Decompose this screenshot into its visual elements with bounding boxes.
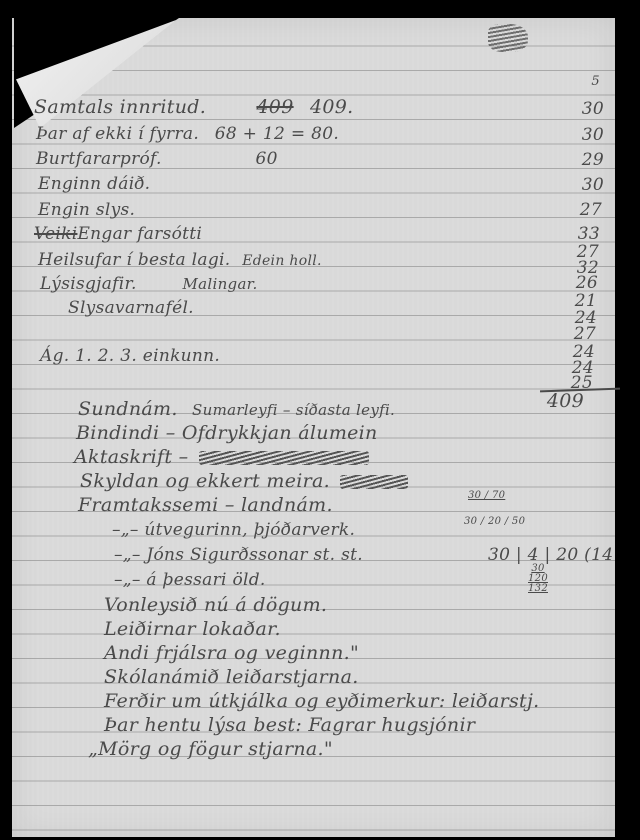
line-note: Sumarleyfi – síðasta leyfi.	[192, 401, 395, 419]
line-text: Enginn dáið.	[38, 174, 150, 194]
line-morg-og-fogur: „Mörg og fögur stjarna."	[88, 738, 333, 760]
line-number: 60	[255, 149, 277, 169]
line-text: Bindindi – Ofdrykkjan álumein	[76, 422, 378, 444]
line-skolanamid: Skólanámið leiðarstjarna.	[104, 666, 359, 688]
fraction-value: 30 / 20 / 50	[464, 516, 525, 527]
line-slysavarnafel: Slysavarnafél.	[68, 298, 194, 318]
line-text: Engar farsótti	[77, 224, 202, 244]
line-thar-hentu: Þar hentu lýsa best: Fagrar hugsjónir	[104, 714, 475, 736]
scratched-out-text	[199, 451, 369, 465]
line-text: –„– Jóns Sigurðssonar st. st.	[114, 545, 363, 565]
line-calc: 68 + 12 = 80.	[215, 124, 339, 144]
numbers-jons: 30 | 4 | 20 (14	[488, 545, 613, 565]
column-value: 30	[560, 125, 604, 145]
line-text: Vonleysið nú á dögum.	[104, 594, 327, 616]
line-engar-farsotti: VeikiEngar farsótti	[34, 224, 202, 244]
line-text: Sundnám.	[78, 398, 178, 420]
fraction-utvegur: 30 / 20 / 50	[464, 516, 525, 527]
line-numbers: 30 | 4 | 20 (14	[488, 545, 613, 565]
line-skyldan: Skyldan og ekkert meira.	[80, 470, 408, 492]
line-number: 409.	[310, 96, 354, 118]
fraction-value: 30 / 70	[468, 490, 505, 501]
line-text: Ág. 1. 2. 3. einkunn.	[40, 346, 220, 366]
line-text: Leiðirnar lokaðar.	[104, 618, 281, 640]
fraction-framtak: 30 / 70	[468, 490, 505, 501]
line-lysisgjafir: Lýsisgjafir. Malingar.	[40, 274, 258, 294]
line-text: Skyldan og ekkert meira.	[80, 470, 330, 492]
line-note: Malingar.	[182, 275, 257, 293]
line-text: Aktaskrift –	[74, 446, 188, 468]
line-text: Framtakssemi – landnám.	[78, 494, 333, 516]
line-text: Samtals innritud.	[34, 96, 206, 118]
line-text: Slysavarnafél.	[68, 298, 194, 318]
line-thar-af: Þar af ekki í fyrra. 68 + 12 = 80.	[36, 124, 339, 144]
line-text: Engin slys.	[38, 200, 135, 220]
line-note: Edein holl.	[242, 253, 322, 269]
line-thessari-old: –„– á þessari öld.	[114, 570, 266, 590]
line-text: Lýsisgjafir.	[40, 274, 137, 294]
line-text: –„– á þessari öld.	[114, 570, 266, 590]
column-total: 409	[540, 390, 584, 412]
line-framtakssemi: Framtakssemi – landnám.	[78, 494, 333, 516]
line-utvegurinn: –„– útvegurinn, þjóðarverk.	[112, 520, 355, 540]
line-ferdir: Ferðir um útkjálka og eyðimerkur: leiðar…	[104, 690, 539, 712]
line-text: Burtfararpróf.	[36, 149, 162, 169]
line-andi: Andi frjálsra og veginnn."	[104, 642, 359, 664]
line-heilsufar: Heilsufar í besta lagi. Edein holl.	[38, 250, 322, 270]
column-value: 27	[552, 324, 596, 344]
column-value: 30	[560, 99, 604, 119]
column-value: 29	[560, 150, 604, 170]
line-bindindi: Bindindi – Ofdrykkjan álumein	[76, 422, 378, 444]
struck-number: 409	[256, 96, 293, 118]
line-text: Andi frjálsra og veginnn."	[104, 642, 359, 664]
column-value: 26	[554, 273, 598, 293]
line-text: Skólanámið leiðarstjarna.	[104, 666, 359, 688]
line-einkunn: Ág. 1. 2. 3. einkunn.	[40, 346, 220, 366]
column-value: 33	[556, 224, 600, 244]
line-burtfararprof: Burtfararpróf. 60	[36, 149, 278, 169]
line-jons: –„– Jóns Sigurðssonar st. st.	[114, 545, 363, 565]
line-leidirnar: Leiðirnar lokaðar.	[104, 618, 281, 640]
line-text: Ferðir um útkjálka og eyðimerkur: leiðar…	[104, 690, 539, 712]
scribbled-mark	[488, 24, 528, 52]
line-text: –„– útvegurinn, þjóðarverk.	[112, 520, 355, 540]
line-text: Heilsufar í besta lagi.	[38, 250, 230, 270]
line-aktaskrift: Aktaskrift –	[74, 446, 369, 468]
stack-numbers: 30 120 132	[528, 564, 548, 594]
column-header: 5	[556, 74, 600, 89]
line-text: „Mörg og fögur stjarna."	[88, 738, 333, 760]
line-samtals: Samtals innritud. 409 409.	[34, 96, 353, 118]
line-enginn-daid: Enginn dáið.	[38, 174, 150, 194]
stack-value: 132	[528, 584, 548, 594]
line-vonleysid: Vonleysið nú á dögum.	[104, 594, 327, 616]
struck-word: Veiki	[34, 224, 77, 244]
line-sundnam: Sundnám. Sumarleyfi – síðasta leyfi.	[78, 398, 395, 420]
column-value: 30	[560, 175, 604, 195]
scratched-out-numbers	[340, 475, 408, 489]
line-engin-slys: Engin slys.	[38, 200, 135, 220]
line-text: Þar hentu lýsa best: Fagrar hugsjónir	[104, 714, 475, 736]
column-value: 27	[558, 200, 602, 220]
line-text: Þar af ekki í fyrra.	[36, 124, 199, 144]
